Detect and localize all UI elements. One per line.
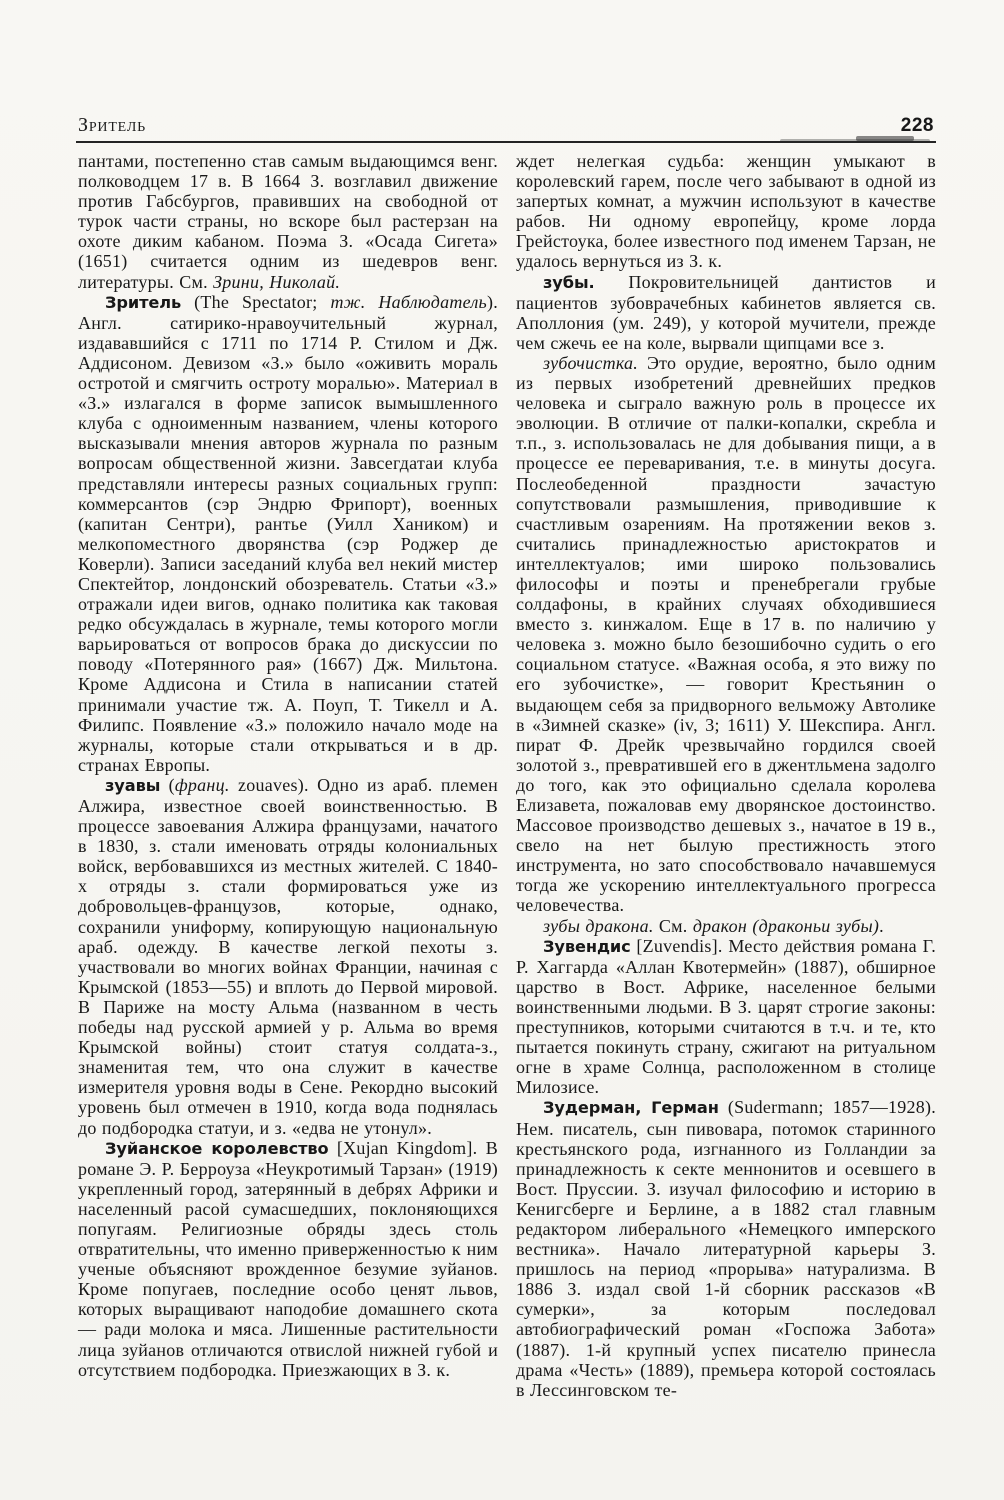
italic-text-run: франц. [175,775,230,795]
text-run: ( [160,775,175,795]
text-run: Это орудие, вероятно, было одним из перв… [516,353,936,916]
page-number: 228 [901,115,934,137]
entry-paragraph: зубы дракона. См. дракон (драконьи зубы)… [516,916,936,936]
entry-paragraph: зубочистка. Это орудие, вероятно, было о… [516,353,936,916]
entry-paragraph: Зувендис [Zuvendis]. Место действия рома… [516,936,936,1098]
entry-paragraph: пантами, постепенно став самым выдающимс… [78,151,498,292]
text-run: См. [654,916,693,936]
italic-text-run: дракон (драконьи зубы) [693,916,879,936]
entry-paragraph: ждет нелегкая судьба: женщин умыкают в к… [516,151,936,272]
italic-text-run: зубочистка. [543,353,638,373]
page-header: Зритель 228 [78,114,934,137]
entry-paragraph: Зритель (The Spectator; тж. Наблюдатель)… [78,292,498,775]
entry-paragraph: Зуйанское королевство [Xujan Kingdom]. В… [78,1138,498,1380]
headword: Зуйанское королевство [105,1139,329,1158]
entry-paragraph: Зудерман, Герман (Sudermann; 1857—1928).… [516,1097,936,1399]
headword: Зувендис [543,937,631,956]
headword: зуавы [105,776,160,795]
right-column: ждет нелегкая судьба: женщин умыкают в к… [516,151,936,1400]
text-run: [Zuvendis]. Место действия романа Г. Р. … [516,936,936,1098]
text-run: пантами, постепенно став самым выдающимс… [78,151,498,292]
italic-text-run: тж. Наблюдатель [330,292,487,312]
encyclopedia-page: Зритель 228 пантами, постепенно став сам… [0,0,1004,1500]
text-run: [Xujan Kingdom]. В романе Э. Р. Берроуза… [78,1138,498,1380]
italic-text-run: Зрини, Николай. [213,272,340,292]
headword: зубы. [543,273,595,292]
header-rule [76,141,936,143]
entry-paragraph: зубы. Покровительницей дантистов и пацие… [516,272,936,353]
text-columns: пантами, постепенно став самым выдающимс… [78,151,936,1400]
headword: Зудерман, Герман [543,1098,719,1117]
headword: Зритель [105,293,181,312]
running-title: Зритель [78,114,146,137]
text-run: zouaves). Одно из араб. племен Алжира, и… [78,775,498,1138]
text-run: (Sudermann; 1857—1928). Нем. писатель, с… [516,1097,936,1399]
italic-text-run: зубы дракона. [543,916,654,936]
text-run: . [879,916,884,936]
text-run: ). Англ. сатирико-нравоучительный журнал… [78,292,498,775]
entry-paragraph: зуавы (франц. zouaves). Одно из араб. пл… [78,775,498,1138]
text-run: (The Spectator; [181,292,330,312]
left-column: пантами, постепенно став самым выдающимс… [78,151,498,1400]
text-run: ждет нелегкая судьба: женщин умыкают в к… [516,151,936,271]
